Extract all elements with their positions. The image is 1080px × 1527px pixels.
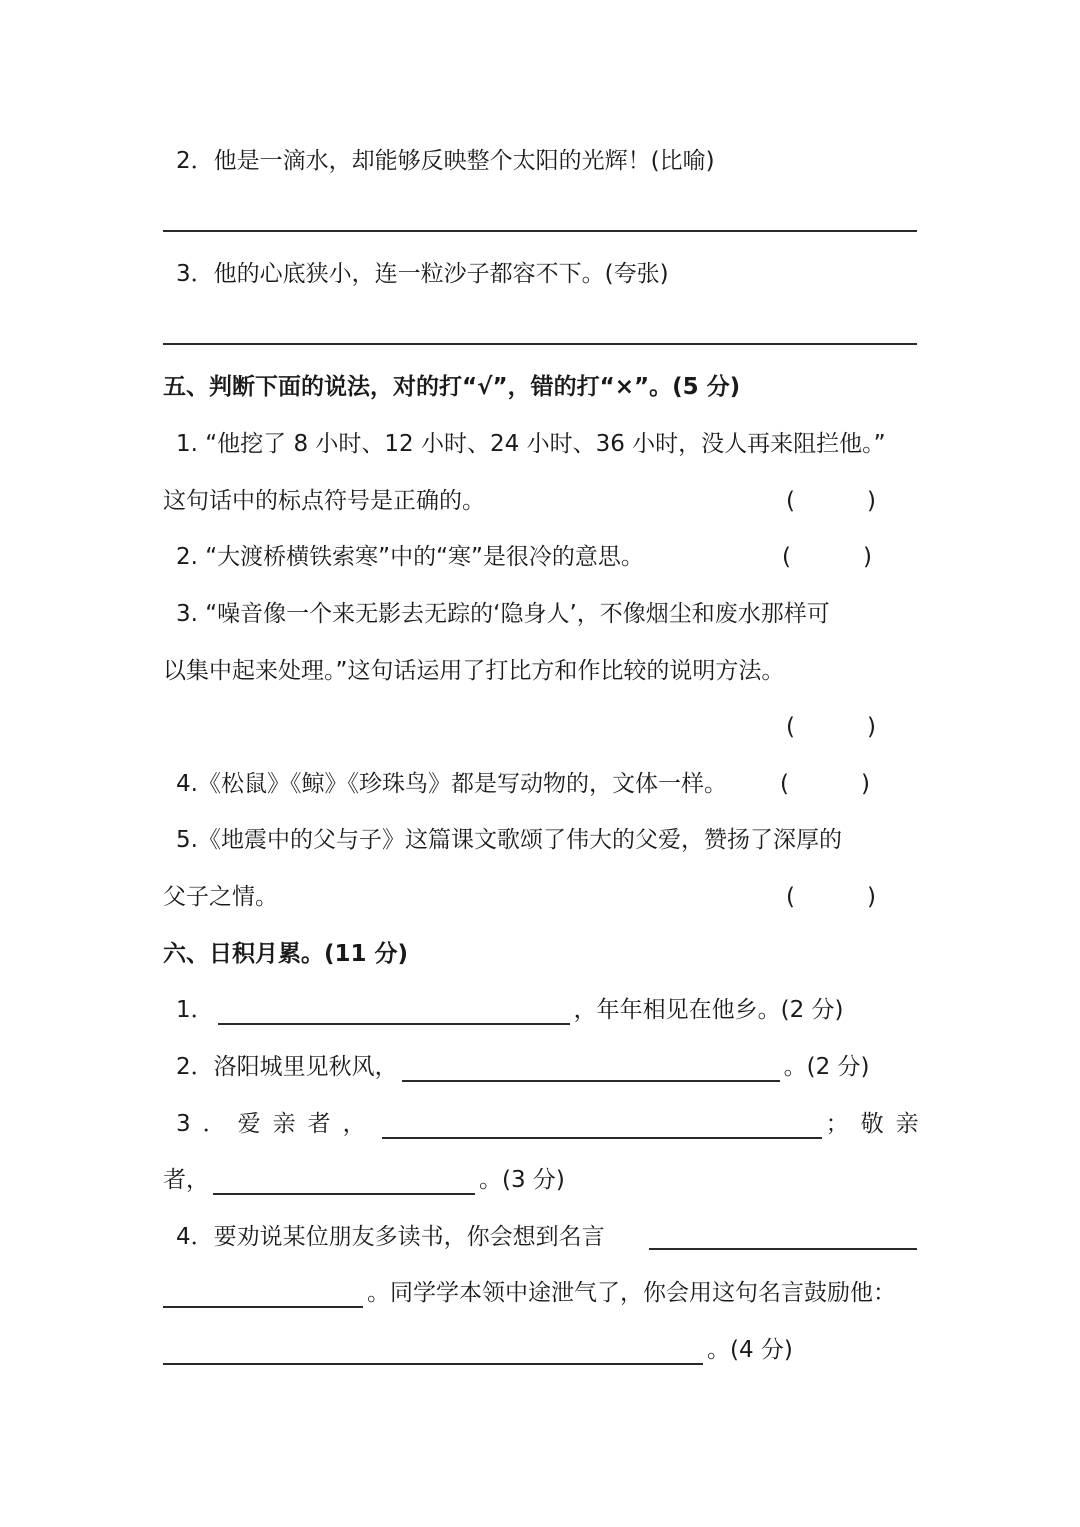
item-text: 要劝说某位朋友多读书，你会想到名言 (214, 1224, 605, 1250)
open-paren: ( (786, 488, 795, 514)
open-paren: ( (782, 544, 791, 570)
fill-blank[interactable] (163, 1282, 363, 1308)
item-text: 。(3 分) (479, 1167, 565, 1193)
answer-line[interactable] (163, 230, 917, 232)
item-text: 者， (163, 1167, 209, 1193)
item-text: 。同学学本领中途泄气了，你会用这句名言鼓励他： (367, 1280, 896, 1306)
judge-item-5-line1: 5.《地震中的父与子》这篇课文歌颂了伟大的父爱，赞扬了深厚的 (176, 825, 842, 855)
answer-parentheses[interactable]: () (786, 712, 876, 742)
recall-item-3-line2: 者，。(3 分) (163, 1165, 565, 1195)
recall-item-2: 2．洛阳城里见秋风，。(2 分) (176, 1052, 870, 1082)
close-paren: ) (867, 714, 876, 740)
item-number: 1． (176, 997, 214, 1023)
section-six-heading: 六、日积月累。(11 分) (163, 939, 408, 969)
open-paren: ( (786, 714, 795, 740)
recall-item-4-line2: 。同学学本领中途泄气了，你会用这句名言鼓励他： (163, 1278, 896, 1308)
recall-item-4-line3: 。(4 分) (163, 1335, 793, 1365)
answer-parentheses[interactable]: () (786, 486, 876, 516)
item-text: 。(2 分) (784, 1054, 870, 1080)
fill-blank[interactable] (218, 999, 570, 1025)
item-number: 3． (176, 261, 214, 287)
answer-line[interactable] (163, 343, 917, 345)
rewrite-item-3: 3．他的心底狭小，连一粒沙子都容不下。(夸张) (176, 259, 669, 289)
item-number: 2． (176, 1054, 214, 1080)
judge-item-4: 4.《松鼠》《鲸》《珍珠鸟》都是写动物的，文体一样。 (176, 769, 727, 799)
answer-parentheses[interactable]: () (780, 769, 870, 799)
fill-blank[interactable] (402, 1056, 780, 1082)
item-number: 3． (176, 1111, 238, 1137)
judge-item-1-line1: 1. “他挖了 8 小时、12 小时、24 小时、36 小时，没人再来阻拦他。” (176, 429, 886, 459)
item-text: 他的心底狭小，连一粒沙子都容不下。(夸张) (214, 261, 669, 287)
close-paren: ) (863, 544, 872, 570)
judge-item-1-line2: 这句话中的标点符号是正确的。 (163, 486, 485, 516)
answer-parentheses[interactable]: () (786, 882, 876, 912)
close-paren: ) (867, 884, 876, 910)
item-text: 。(4 分) (707, 1337, 793, 1363)
item-number: 2． (176, 148, 214, 174)
fill-blank[interactable] (382, 1113, 822, 1139)
item-text: ；敬亲 (826, 1111, 931, 1137)
close-paren: ) (861, 771, 870, 797)
judge-item-2: 2. “大渡桥横铁索寒”中的“寒”是很冷的意思。 (176, 542, 644, 572)
fill-blank[interactable] (649, 1248, 917, 1250)
recall-item-1: 1．，年年相见在他乡。(2 分) (176, 995, 844, 1025)
close-paren: ) (867, 488, 876, 514)
fill-blank[interactable] (213, 1169, 475, 1195)
item-text: 洛阳城里见秋风， (214, 1054, 398, 1080)
judge-item-3-line2: 以集中起来处理。”这句话运用了打比方和作比较的说明方法。 (163, 656, 784, 686)
judge-item-5-line2: 父子之情。 (163, 882, 278, 912)
section-five-heading: 五、判断下面的说法，对的打“√”，错的打“×”。(5 分) (163, 372, 740, 402)
recall-item-4-line1: 4．要劝说某位朋友多读书，你会想到名言 (176, 1222, 605, 1252)
open-paren: ( (780, 771, 789, 797)
item-text: ，年年相见在他乡。(2 分) (574, 997, 844, 1023)
item-text: 他是一滴水，却能够反映整个太阳的光辉！(比喻) (214, 148, 715, 174)
answer-parentheses[interactable]: () (782, 542, 872, 572)
fill-blank[interactable] (163, 1339, 703, 1365)
judge-item-3-line1: 3. “噪音像一个来无影去无踪的‘隐身人’，不像烟尘和废水那样可 (176, 599, 830, 629)
open-paren: ( (786, 884, 795, 910)
rewrite-item-2: 2．他是一滴水，却能够反映整个太阳的光辉！(比喻) (176, 146, 715, 176)
item-number: 4． (176, 1224, 214, 1250)
item-text: 爱亲者， (238, 1111, 378, 1137)
recall-item-3-line1: 3．爱亲者，；敬亲 (176, 1109, 931, 1139)
